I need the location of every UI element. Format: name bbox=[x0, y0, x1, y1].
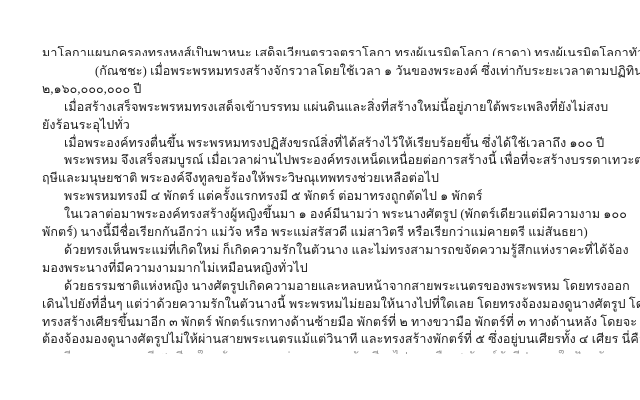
text-line: ฤษีและมนุษยชาติ พระองค์จึงทูลขอร้องให้พร… bbox=[42, 171, 439, 185]
text-line-content: มาโลกาแผนกครองทรงหงส์เป็นพาหนะ เสด็จเวีย… bbox=[42, 46, 640, 56]
text-line-content: ในเวลาต่อมาพระองค์ทรงสร้างผู้หญิงขึ้นมา … bbox=[64, 207, 627, 221]
text-line: ในเวลาต่อมาพระองค์ทรงสร้างผู้หญิงขึ้นมา … bbox=[64, 207, 627, 221]
text-line: ต้องจ้องมองดูนางศัตรูปไม่ให้ผ่านสายพระเน… bbox=[42, 332, 640, 346]
text-line-content: เมื่อพระองค์ทรงตื่นขึ้น พระพรหมทรงปฏิสัง… bbox=[64, 136, 604, 150]
text-line: เหตุที่พระพรหมทรงมี ๕ เศียรในครั้งแรก แล… bbox=[42, 350, 613, 354]
text-line-content: ๒,๑๖๐,๐๐๐,๐๐๐ ปี bbox=[42, 82, 141, 96]
text-line-content: ต้องจ้องมองดูนางศัตรูปไม่ให้ผ่านสายพระเน… bbox=[42, 332, 640, 346]
document-page: มาโลกาแผนกครองทรงหงส์เป็นพาหนะ เสด็จเวีย… bbox=[0, 0, 640, 400]
text-line: เมื่อพระองค์ทรงตื่นขึ้น พระพรหมทรงปฏิสัง… bbox=[64, 136, 604, 150]
text-line: ยังร้อนระอุไปทั่ว bbox=[42, 118, 130, 132]
text-line-content: ฤษีและมนุษยชาติ พระองค์จึงทูลขอร้องให้พร… bbox=[42, 171, 439, 185]
text-line: เดินไปยังที่อื่นๆ แต่ว่าด้วยความรักในตัว… bbox=[42, 297, 640, 311]
text-line-content: ยังร้อนระอุไปทั่ว bbox=[42, 118, 130, 132]
text-line: พระพรหมทรงมี ๔ พักตร์ แต่ครั้งแรกทรงมี ๕… bbox=[64, 189, 483, 203]
text-line-content: (กัณชชะ) เมื่อพระพรหมทรงสร้างจักรวาลโดยใ… bbox=[95, 64, 640, 78]
text-line: ทรงสร้างเศียรขึ้นมาอีก ๓ พักตร์ พักตร์แร… bbox=[42, 315, 637, 329]
text-line: ด้วยธรรมชาติแห่งหญิง นางศัตรูปเกิดความอา… bbox=[64, 279, 630, 293]
text-line-content: เดินไปยังที่อื่นๆ แต่ว่าด้วยความรักในตัว… bbox=[42, 297, 640, 311]
text-line-content: พักตร์) นางนี้มีชื่อเรียกกันอีกว่า แม่วั… bbox=[42, 225, 588, 239]
text-line-content: เหตุที่พระพรหมทรงมี ๕ เศียรในครั้งแรก แล… bbox=[42, 350, 613, 354]
text-line: มาโลกาแผนกครองทรงหงส์เป็นพาหนะ เสด็จเวีย… bbox=[42, 46, 640, 56]
text-line: (กัณชชะ) เมื่อพระพรหมทรงสร้างจักรวาลโดยใ… bbox=[95, 64, 640, 78]
text-line-content: ด้วยทรงเห็นพระแม่ที่เกิดใหม่ ก็เกิดความร… bbox=[64, 243, 629, 257]
text-line-content: มองพระนางที่มีความงามมากไม่เหมือนหญิงทั่… bbox=[42, 261, 308, 275]
text-line: ๒,๑๖๐,๐๐๐,๐๐๐ ปี bbox=[42, 82, 141, 96]
text-line: ด้วยทรงเห็นพระแม่ที่เกิดใหม่ ก็เกิดความร… bbox=[64, 243, 629, 257]
text-line-content: พระพรหมทรงมี ๔ พักตร์ แต่ครั้งแรกทรงมี ๕… bbox=[64, 189, 483, 203]
text-line: เมื่อสร้างเสร็จพระพรหมทรงเสด็จเข้าบรรทม … bbox=[64, 100, 608, 114]
text-line: พักตร์) นางนี้มีชื่อเรียกกันอีกว่า แม่วั… bbox=[42, 225, 588, 239]
page-text: มาโลกาแผนกครองทรงหงส์เป็นพาหนะ เสด็จเวีย… bbox=[0, 0, 640, 400]
text-line-content: ทรงสร้างเศียรขึ้นมาอีก ๓ พักตร์ พักตร์แร… bbox=[42, 315, 637, 329]
text-line: พระพรหม จึงเสร็จสมบูรณ์ เมื่อเวลาผ่านไปพ… bbox=[64, 153, 640, 167]
text-line-content: เมื่อสร้างเสร็จพระพรหมทรงเสด็จเข้าบรรทม … bbox=[64, 100, 608, 114]
text-line-content: พระพรหม จึงเสร็จสมบูรณ์ เมื่อเวลาผ่านไปพ… bbox=[64, 153, 640, 167]
text-line: มองพระนางที่มีความงามมากไม่เหมือนหญิงทั่… bbox=[42, 261, 308, 275]
text-line-content: ด้วยธรรมชาติแห่งหญิง นางศัตรูปเกิดความอา… bbox=[64, 279, 630, 293]
